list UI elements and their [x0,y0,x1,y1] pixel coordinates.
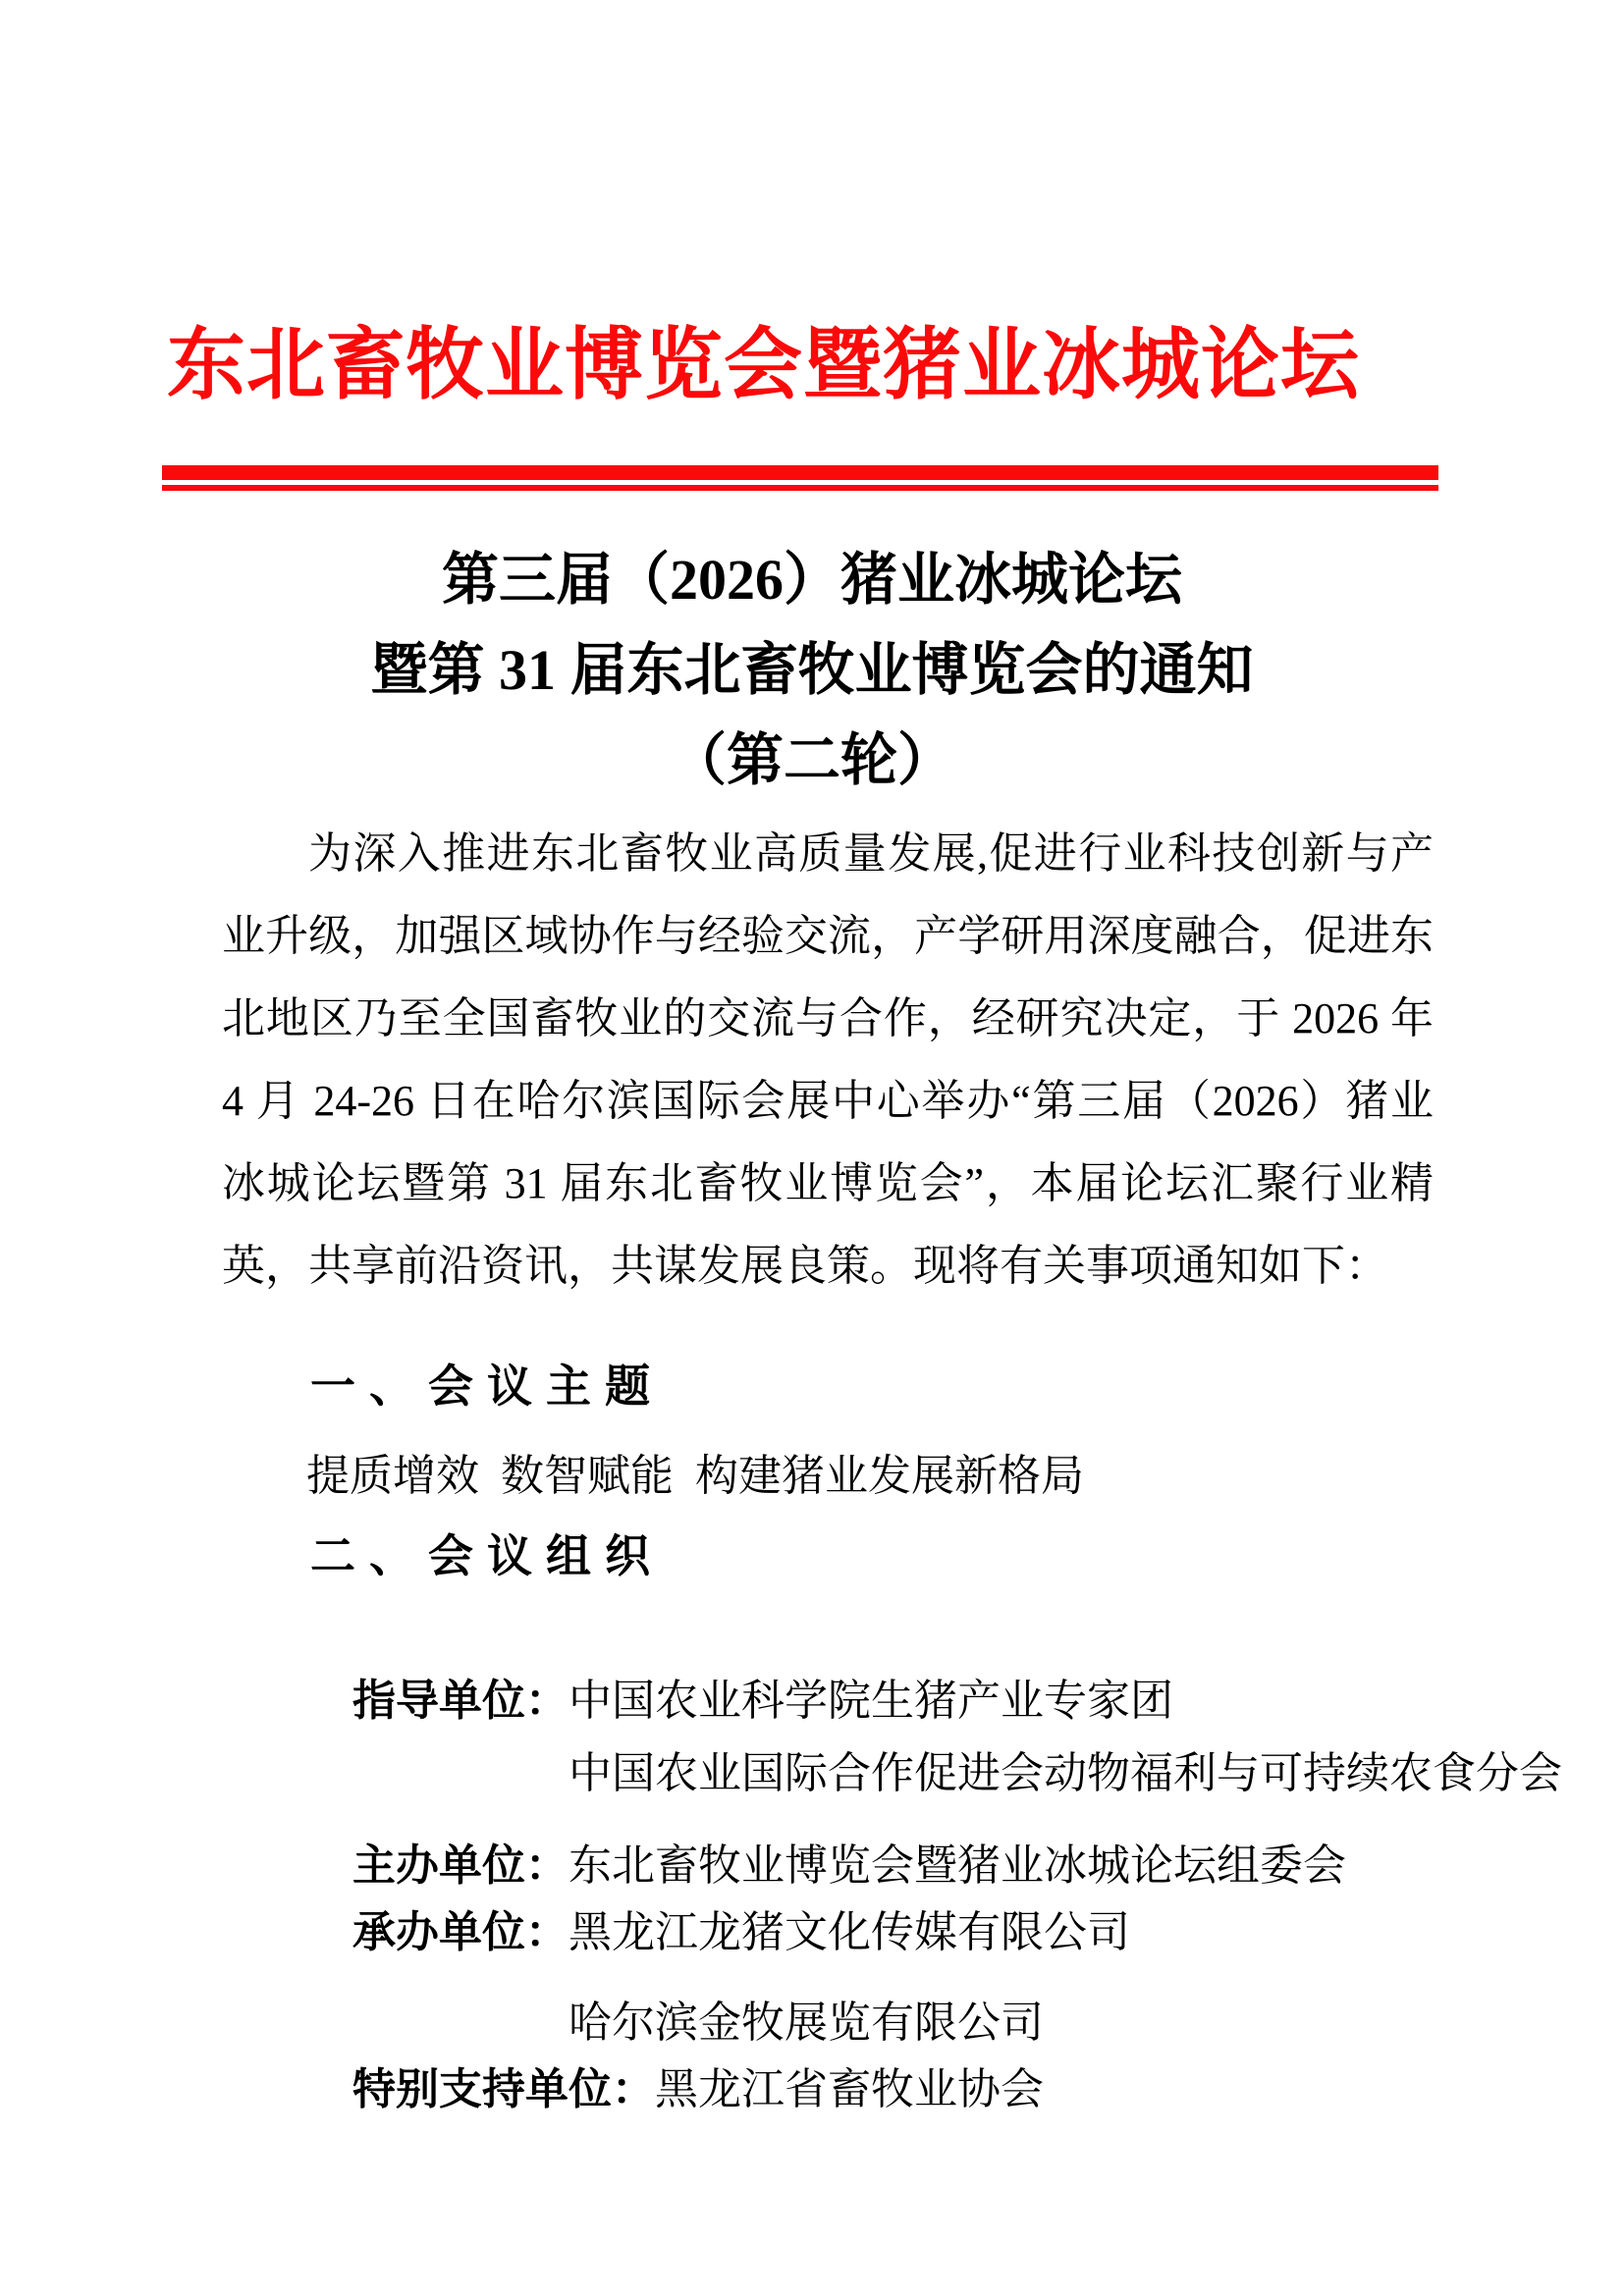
org-content-special-support-unit: 黑龙江省畜牧业协会 [655,2065,1044,2113]
document-main-title: 东北畜牧业博览会暨猪业冰城论坛 [167,322,1360,408]
org-row-special-support-unit: 特别支持单位：黑龙江省畜牧业协会 [309,2008,1044,2170]
body-paragraph-line-6: 英，共享前沿资讯，共谋发展良策。现将有关事项通知如下： [222,1239,1434,1293]
notice-title-line-1: 第三届（2026）猪业冰城论坛 [0,546,1624,614]
notice-title-line-2: 暨第 31 届东北畜牧业博览会的通知 [0,636,1624,705]
body-paragraph-line-2: 业升级，加强区域协作与经验交流，产学研用深度融合，促进东 [222,909,1434,963]
red-double-divider [162,465,1438,491]
body-paragraph-line-4: 4 月 24-26 日在哈尔滨国际会展中心举办“第三届（2026）猪业 [222,1074,1434,1128]
body-paragraph-line-3: 北地区乃至全国畜牧业的交流与合作，经研究决定，于 2026 年 [222,991,1434,1045]
org-label-special-support-unit: 特别支持单位： [352,2065,655,2113]
notice-document-page: 东北畜牧业博览会暨猪业冰城论坛 第三届（2026）猪业冰城论坛 暨第 31 届东… [0,0,1624,2296]
body-paragraph-line-1: 为深入推进东北畜牧业高质量发展,促进行业科技创新与产 [222,827,1434,881]
divider-thick-bar [162,465,1438,480]
section-1-heading: 一、会议主题 [310,1360,664,1414]
divider-thin-bar [162,485,1438,491]
conference-theme-text: 提质增效 数智赋能 构建猪业发展新格局 [306,1449,1084,1503]
body-paragraph-line-5: 冰城论坛暨第 31 届东北畜牧业博览会”，本届论坛汇聚行业精 [222,1156,1434,1210]
section-2-heading: 二、会议组织 [310,1529,664,1583]
notice-title-line-3: （第二轮） [0,726,1624,795]
